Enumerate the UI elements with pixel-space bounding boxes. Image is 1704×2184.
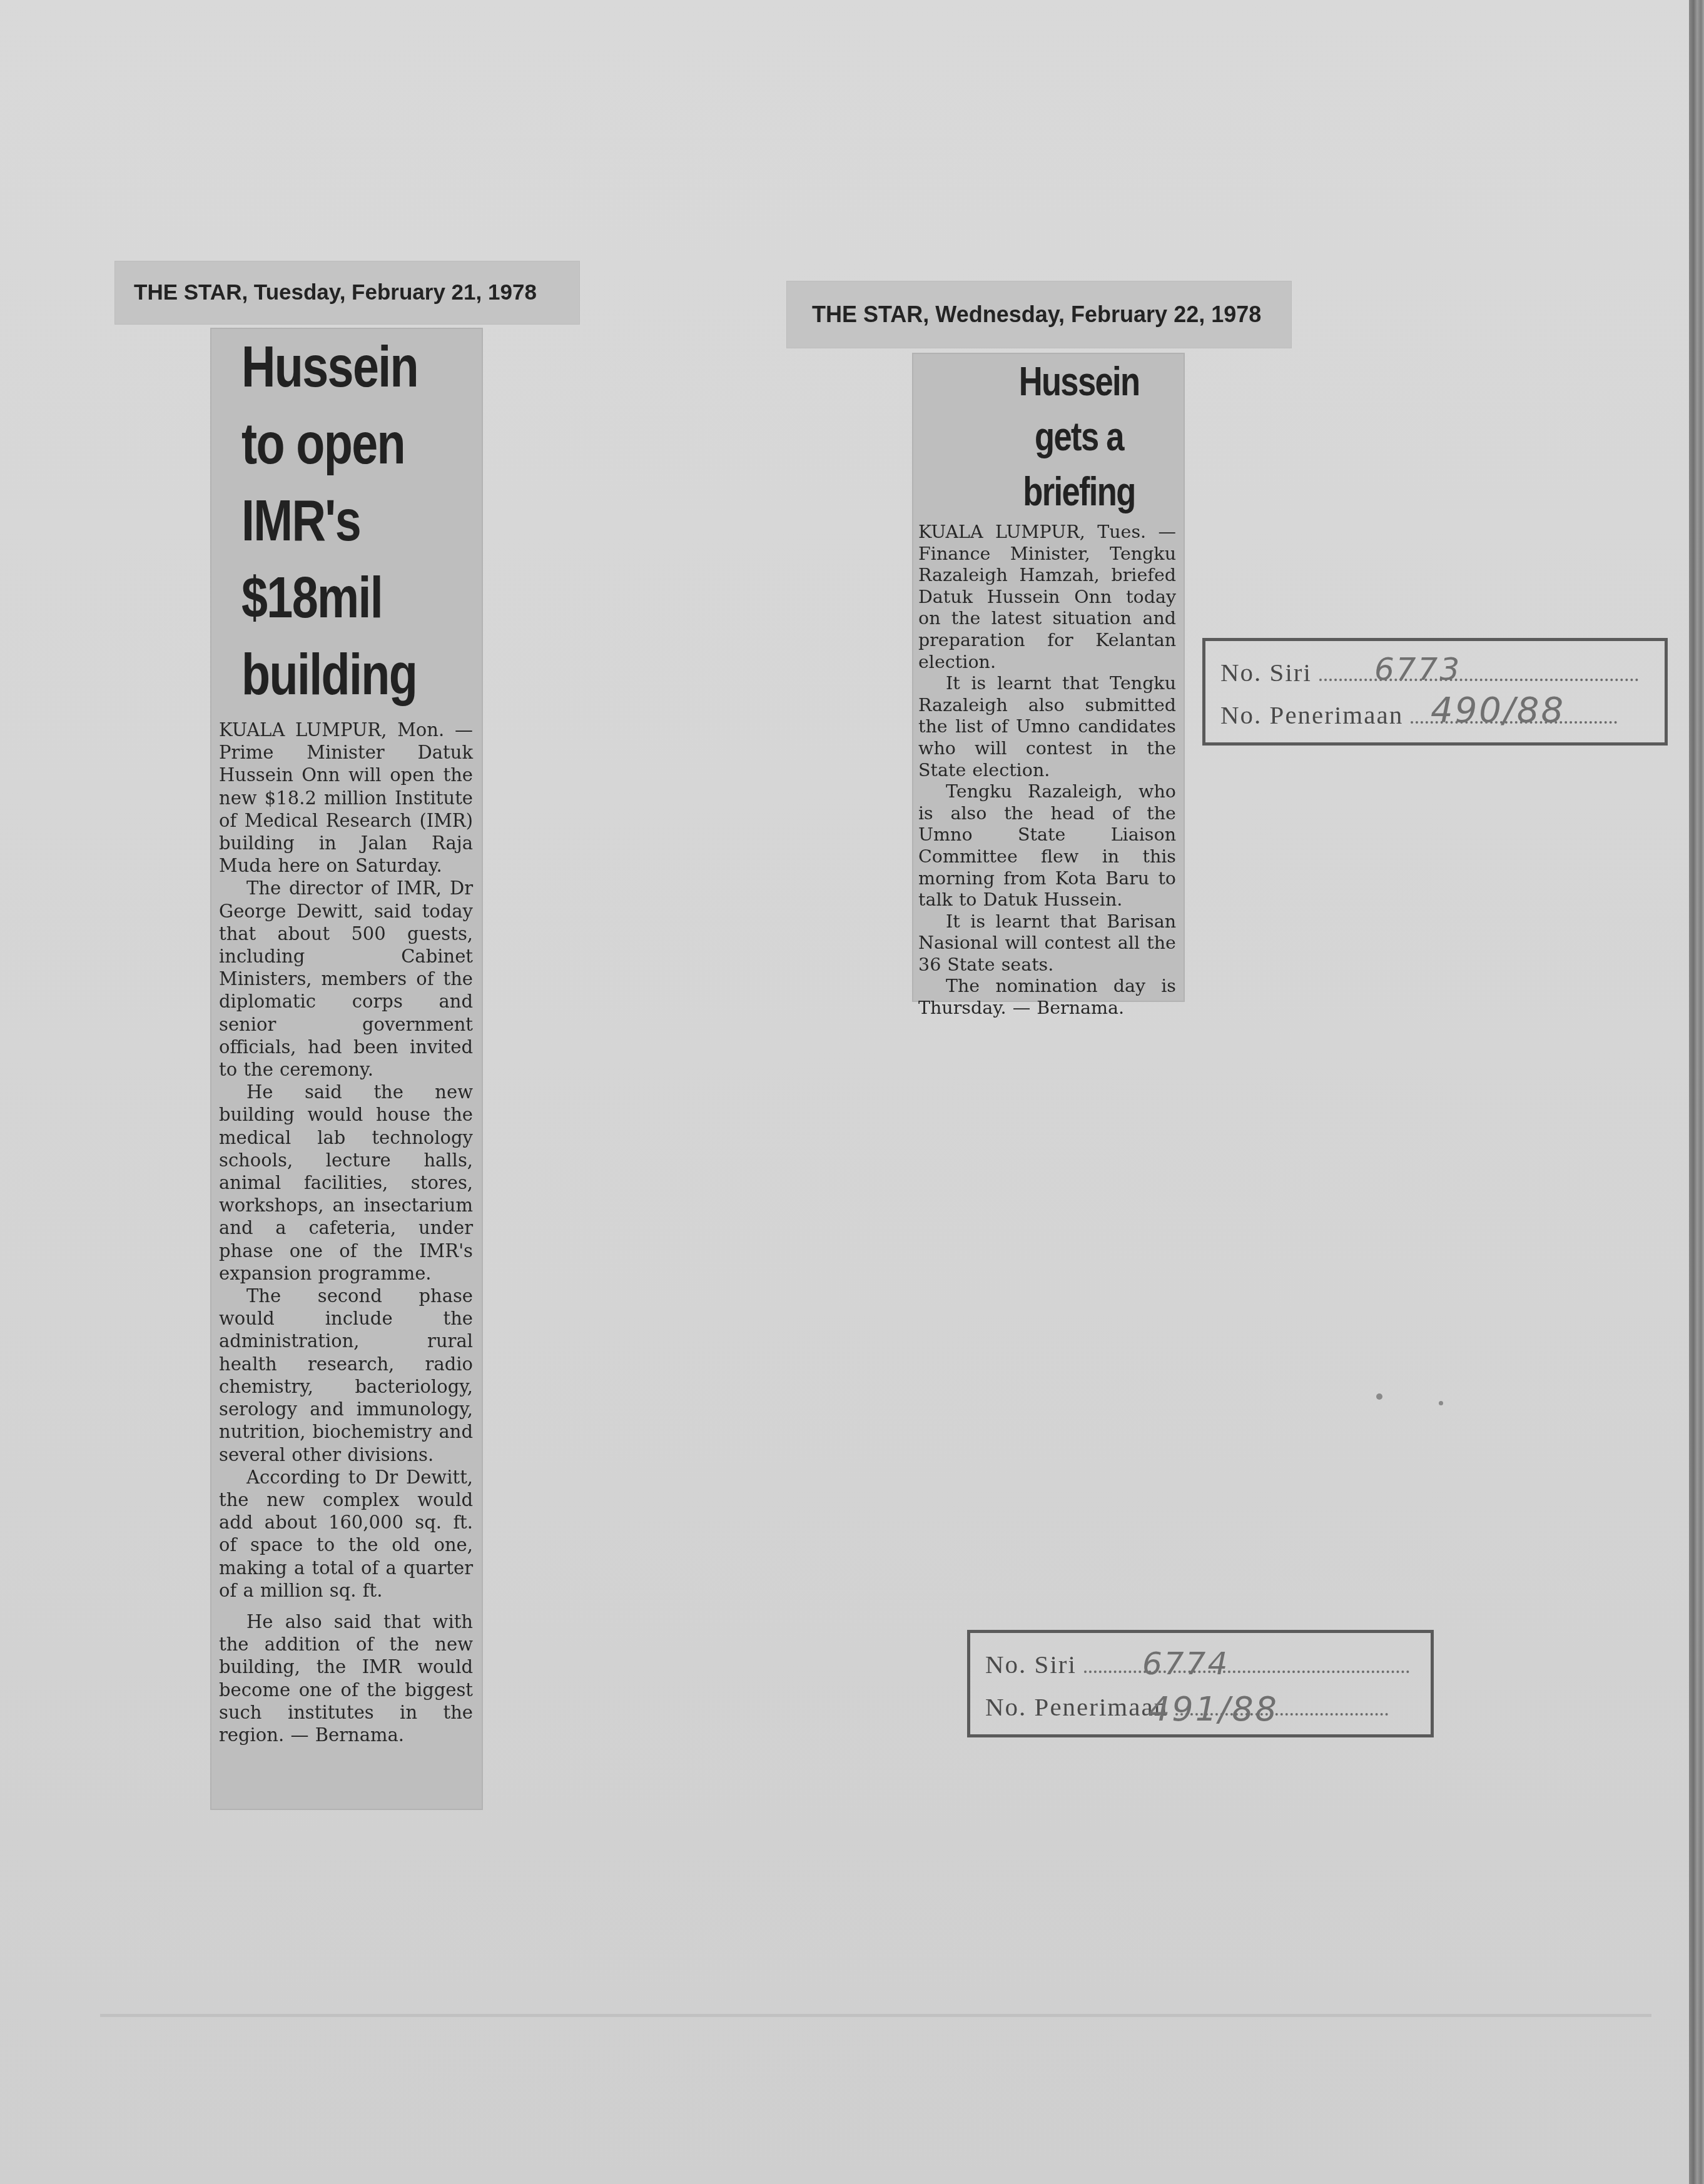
dotted-fill-line [1319, 675, 1638, 681]
paragraph: Tengku Razaleigh, who is also the head o… [918, 781, 1176, 911]
paragraph: The director of IMR, Dr George Dewitt, s… [219, 877, 473, 1081]
paragraph: KUALA LUMPUR, Tues. — Finance Minister, … [918, 522, 1176, 673]
penerimaan-label: No. Penerimaan [985, 1692, 1168, 1721]
faint-ruled-line [100, 2014, 1651, 2017]
page-binding-edge [1689, 0, 1704, 2184]
penerimaan-label: No. Penerimaan [1220, 700, 1403, 729]
paragraph: The second phase would include the admin… [219, 1285, 473, 1466]
paper-speck [1376, 1393, 1382, 1400]
paragraph: KUALA LUMPUR, Mon. — Prime Minister Datu… [219, 719, 473, 877]
headline-text: Hussein gets a briefing [1019, 359, 1140, 514]
handwritten-penerimaan-value: 490/88 [1431, 690, 1565, 731]
registry-stamp-2: No. Siri No. Penerimaan 6774 491/88 [967, 1630, 1434, 1737]
clipping-1-masthead: THE STAR, Tuesday, February 21, 1978 [115, 261, 579, 324]
clipping-2-masthead: THE STAR, Wednesday, February 22, 1978 [787, 281, 1291, 348]
paragraph: It is learnt that Tengku Razaleigh also … [918, 673, 1176, 781]
clipping-2-article: Hussein gets a briefing KUALA LUMPUR, Tu… [913, 354, 1184, 1001]
registry-stamp-1: No. Siri No. Penerimaan 6773 490/88 [1202, 638, 1668, 746]
paragraph: The nomination day is Thursday. — Bernam… [918, 976, 1176, 1019]
paragraph: He said the new building would house the… [219, 1081, 473, 1285]
clipping-2-headline: Hussein gets a briefing [995, 354, 1164, 519]
dotted-fill-line [1084, 1667, 1409, 1673]
handwritten-penerimaan-value: 491/88 [1149, 1689, 1279, 1729]
clipping-1-article: Hussein to open IMR's $18mil building KU… [211, 329, 482, 1809]
paragraph: He also said that with the addition of t… [219, 1610, 473, 1746]
siri-label: No. Siri [985, 1650, 1077, 1679]
clipping-1-body: KUALA LUMPUR, Mon. — Prime Minister Datu… [219, 719, 473, 1746]
clipping-1-headline: Hussein to open IMR's $18mil building [241, 329, 467, 714]
handwritten-siri-value: 6773 [1374, 651, 1461, 687]
paragraph: According to Dr Dewitt, the new complex … [219, 1466, 473, 1602]
paper-speck [1439, 1401, 1443, 1405]
paragraph: It is learnt that Barisan Nasional will … [918, 911, 1176, 976]
handwritten-siri-value: 6774 [1142, 1646, 1229, 1682]
clipping-2-body: KUALA LUMPUR, Tues. — Finance Minister, … [918, 522, 1176, 1019]
siri-label: No. Siri [1220, 658, 1312, 687]
headline-text: Hussein to open IMR's $18mil building [241, 335, 418, 707]
